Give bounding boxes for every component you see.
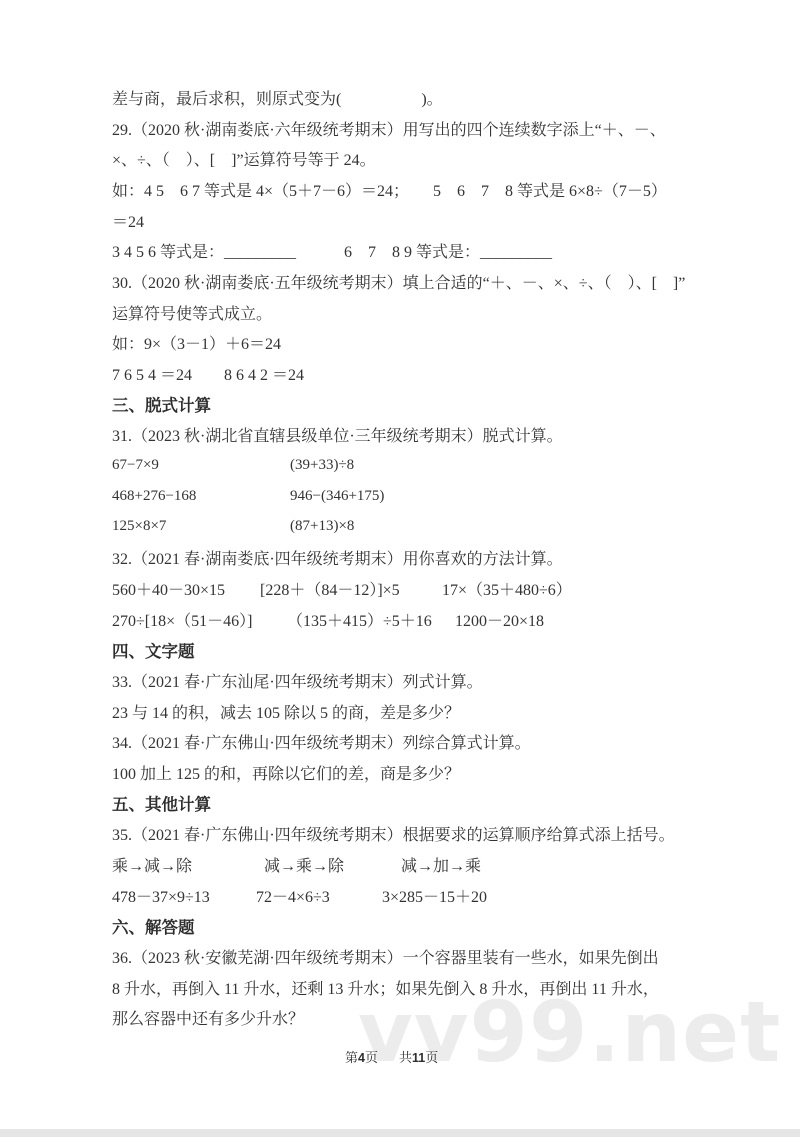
text-line: 7 6 5 4 ＝24 8 6 4 2 ＝24 (112, 358, 712, 389)
text-line: 36.（2023 秋·安徽芜湖·四年级统考期末）一个容器里装有一些水，如果先倒出 (112, 941, 712, 972)
text-line: 33.（2021 春·广东汕尾·四年级统考期末）列式计算。 (112, 665, 712, 696)
text-line: 8 升水，再倒入 11 升水，还剩 13 升水；如果先倒入 8 升水，再倒出 1… (112, 972, 712, 1003)
text-line: 运算符号使等式成立。 (112, 297, 712, 328)
expression: 1200－20×18 (455, 608, 712, 631)
expression: (87+13)×8 (290, 518, 712, 535)
section-heading: 五、其他计算 (112, 788, 712, 819)
expression-row: 乘→减→除减→乘→除减→加→乘 (112, 849, 712, 880)
page-bottom-edge (0, 1129, 800, 1137)
expression-row: 560＋40－30×15[228＋（84－12）]×517×（35＋480÷6） (112, 573, 712, 604)
expression: 946−(346+175) (290, 488, 712, 505)
document-page: vv99.net 差与商，最后求积，则原式变为( )。29.（2020 秋·湖南… (0, 0, 800, 1137)
text-line: 23 与 14 的积，减去 105 除以 5 的商，差是多少？ (112, 696, 712, 727)
expression: 17×（35＋480÷6） (442, 577, 712, 600)
expression: 乘→减→除 (112, 853, 264, 876)
expression: 72－4×6÷3 (256, 884, 382, 907)
text-line: 31.（2023 秋·湖北省直辖县级单位·三年级统考期末）脱式计算。 (112, 420, 712, 451)
text-line: 如：4 5 6 7 等式是 4×（5＋7－6）＝24； 5 6 7 8 等式是 … (112, 174, 712, 205)
text-line: 30.（2020 秋·湖南娄底·五年级统考期末）填上合适的“＋、－、×、÷、（ … (112, 266, 712, 297)
expression-row: 125×8×7(87+13)×8 (112, 512, 712, 543)
text-line: 35.（2021 春·广东佛山·四年级统考期末）根据要求的运算顺序给算式添上括号… (112, 819, 712, 850)
text-line: 差与商，最后求积，则原式变为( )。 (112, 82, 712, 113)
section-heading: 三、脱式计算 (112, 389, 712, 420)
text-line: ＝24 (112, 205, 712, 236)
expression: 125×8×7 (112, 518, 290, 535)
text-line: 34.（2021 春·广东佛山·四年级统考期末）列综合算式计算。 (112, 726, 712, 757)
section-heading: 六、解答题 (112, 911, 712, 942)
expression-row: 468+276−168946−(346+175) (112, 481, 712, 512)
expression: 560＋40－30×15 (112, 577, 260, 600)
expression: (39+33)÷8 (290, 457, 712, 474)
expression: 270÷[18×（51－46）] (112, 608, 287, 631)
text-line: 3 4 5 6 等式是：_________ 6 7 8 9 等式是：______… (112, 235, 712, 266)
text-line: ×、÷、（ ）、[ ]”运算符号等于 24。 (112, 143, 712, 174)
expression: 减→乘→除 (264, 853, 401, 876)
expression: [228＋（84－12）]×5 (260, 577, 442, 600)
expression-row: 478－37×9÷1372－4×6÷33×285－15＋20 (112, 880, 712, 911)
expression-row: 270÷[18×（51－46）]（135＋415）÷5＋161200－20×18 (112, 604, 712, 635)
page-number: 第4页 (345, 1047, 378, 1066)
text-line: 100 加上 125 的和，再除以它们的差，商是多少？ (112, 757, 712, 788)
expression: 67−7×9 (112, 457, 290, 474)
document-content: 差与商，最后求积，则原式变为( )。29.（2020 秋·湖南娄底·六年级统考期… (112, 82, 712, 1033)
text-line: 那么容器中还有多少升水？ (112, 1003, 712, 1034)
expression: 减→加→乘 (401, 853, 712, 876)
expression: （135＋415）÷5＋16 (287, 608, 455, 631)
page-total: 共11页 (399, 1047, 438, 1066)
section-heading: 四、文字题 (112, 634, 712, 665)
text-line: 如：9×（3－1）＋6＝24 (112, 328, 712, 359)
expression: 3×285－15＋20 (382, 884, 712, 907)
expression: 468+276−168 (112, 488, 290, 505)
page-footer: 第4页 共11页 (345, 1047, 438, 1066)
expression-row: 67−7×9(39+33)÷8 (112, 450, 712, 481)
text-line: 29.（2020 秋·湖南娄底·六年级统考期末）用写出的四个连续数字添上“＋、－… (112, 113, 712, 144)
expression: 478－37×9÷13 (112, 884, 256, 907)
text-line: 32.（2021 春·湖南娄底·四年级统考期末）用你喜欢的方法计算。 (112, 542, 712, 573)
